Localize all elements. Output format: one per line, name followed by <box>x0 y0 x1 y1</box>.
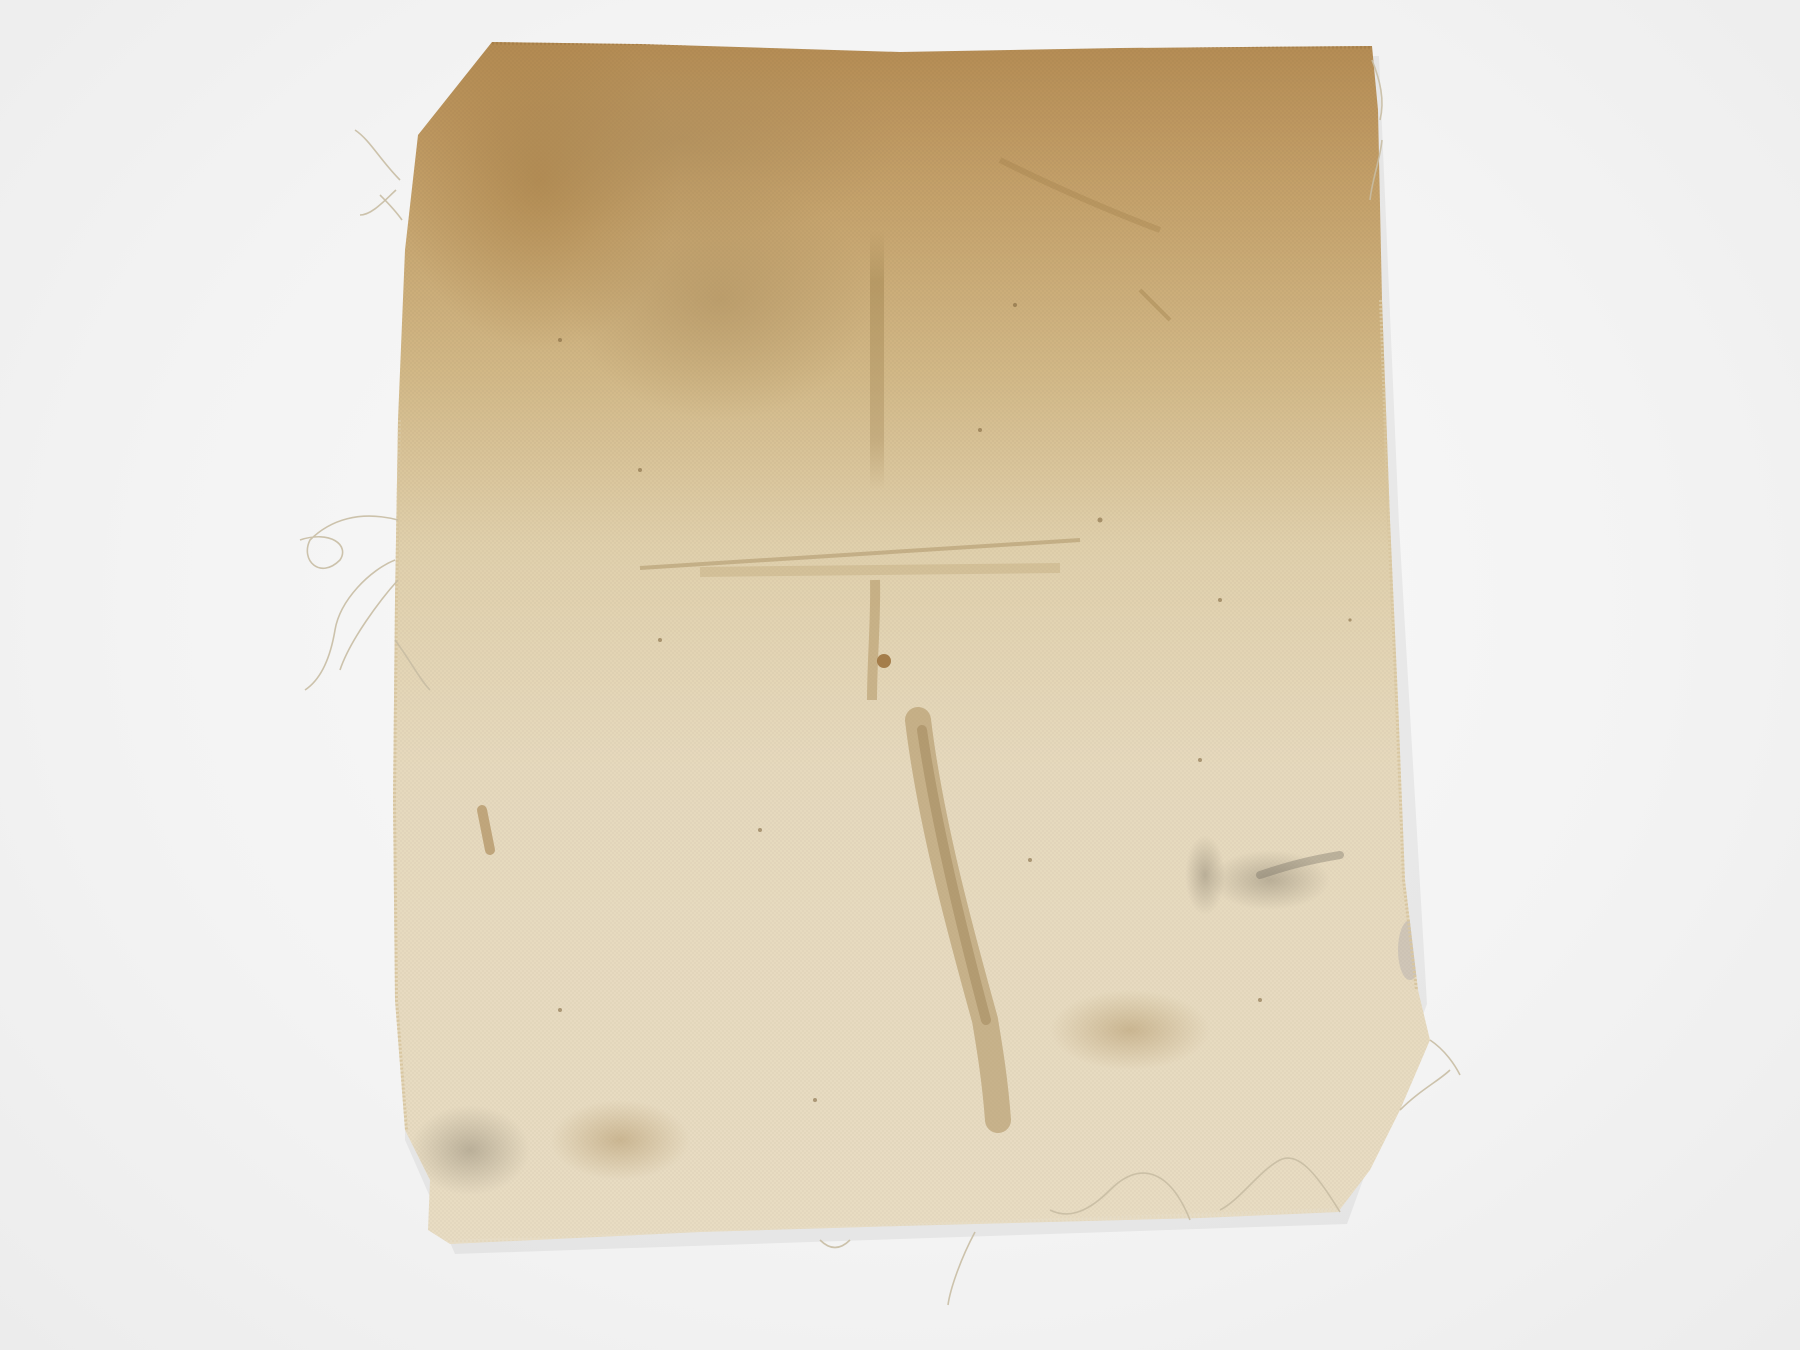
rust-spot <box>877 654 891 668</box>
fabric-photo <box>0 0 1800 1350</box>
fabric-body <box>380 10 1440 1260</box>
photo-scene: Worn stained canvas fabric piece on whit… <box>0 0 1800 1350</box>
